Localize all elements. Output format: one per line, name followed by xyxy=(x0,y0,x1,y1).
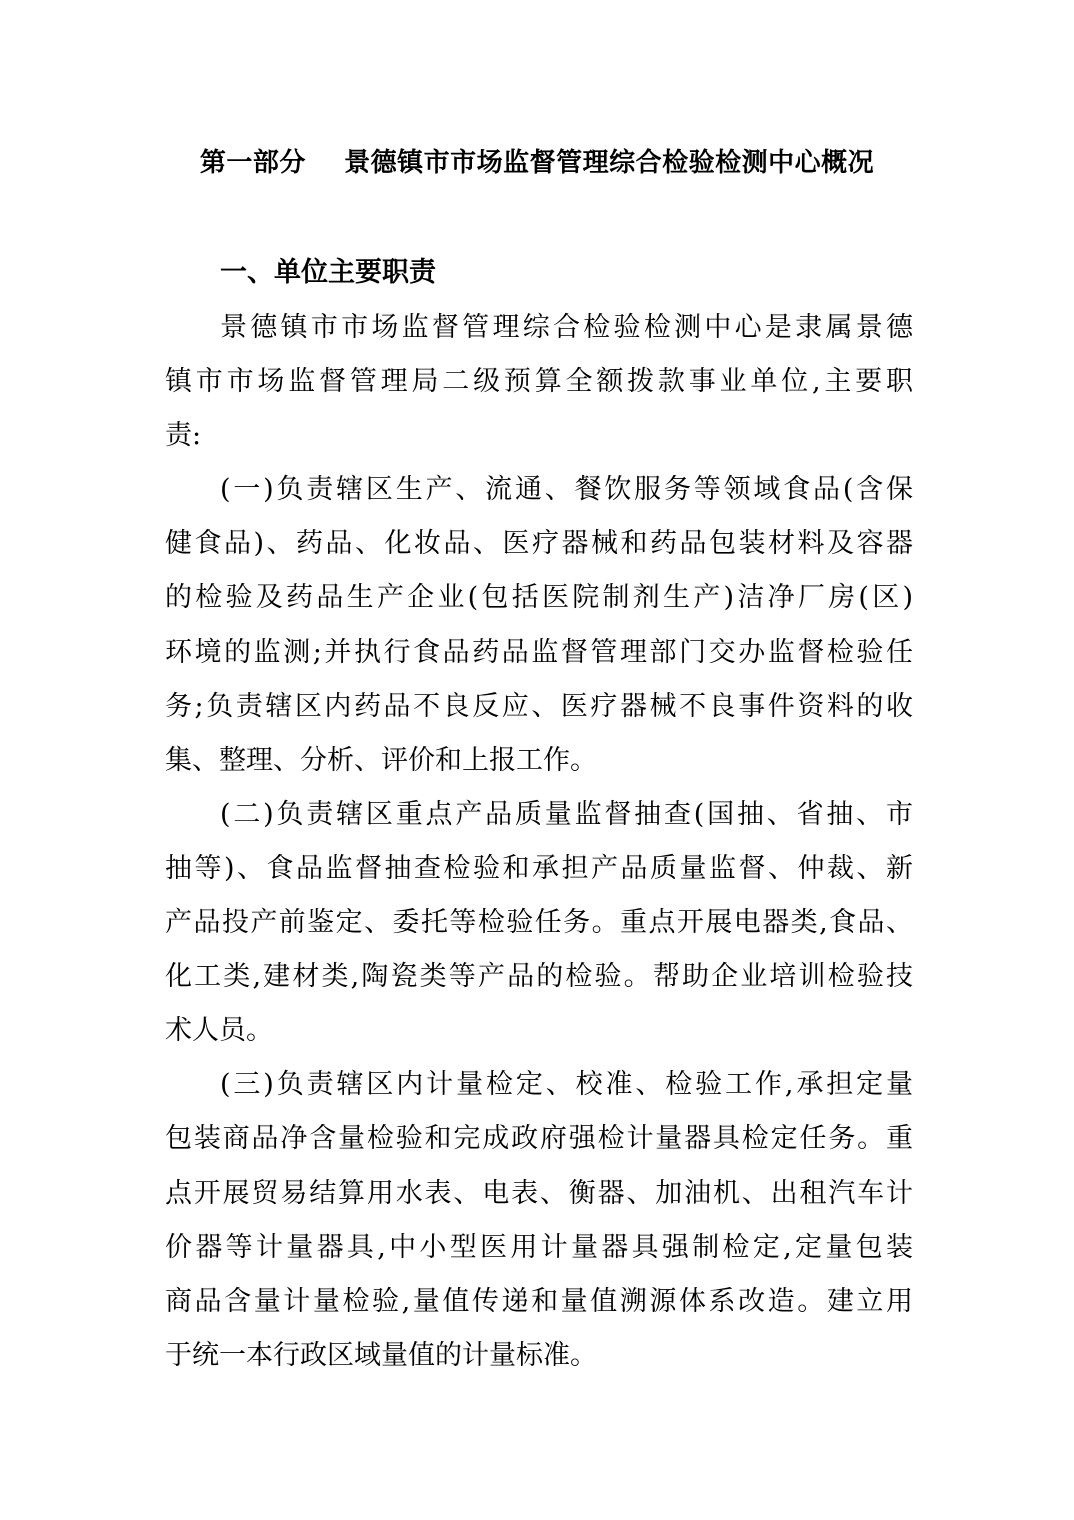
text-line: 健食品)、药品、化妆品、医疗器械和药品包装材料及容器 xyxy=(165,524,913,564)
text-line: 点开展贸易结算用水表、电表、衡器、加油机、出租汽车计 xyxy=(165,1174,913,1214)
text-line: (三)负责辖区内计量检定、校准、检验工作,承担定量 xyxy=(220,1065,913,1105)
document-title: 第一部分 景德镇市市场监督管理综合检验检测中心概况 xyxy=(0,143,1074,183)
text-line: 产品投产前鉴定、委托等检验任务。重点开展电器类,食品、 xyxy=(165,903,913,943)
text-line: 的检验及药品生产企业(包括医院制剂生产)洁净厂房(区) xyxy=(165,578,913,618)
text-line: 责: xyxy=(165,416,913,456)
text-line: 商品含量计量检验,量值传递和量值溯源体系改造。建立用 xyxy=(165,1282,913,1322)
text-line: 务;负责辖区内药品不良反应、医疗器械不良事件资料的收 xyxy=(165,687,913,727)
text-line: 景德镇市市场监督管理综合检验检测中心是隶属景德 xyxy=(220,308,913,348)
text-line: 价器等计量器具,中小型医用计量器具强制检定,定量包装 xyxy=(165,1228,913,1268)
text-line: 抽等)、食品监督抽查检验和承担产品质量监督、仲裁、新 xyxy=(165,849,913,889)
text-line: 环境的监测;并执行食品药品监督管理部门交办监督检验任 xyxy=(165,633,913,673)
document-page: 第一部分 景德镇市市场监督管理综合检验检测中心概况 一、单位主要职责 景德镇市市… xyxy=(0,0,1074,1520)
text-line: 术人员。 xyxy=(165,1011,913,1051)
text-line: 镇市市场监督管理局二级预算全额拨款事业单位,主要职 xyxy=(165,362,913,402)
text-line: (一)负责辖区生产、流通、餐饮服务等领域食品(含保 xyxy=(220,470,913,510)
section-heading: 一、单位主要职责 xyxy=(220,253,436,293)
text-line: 于统一本行政区域量值的计量标准。 xyxy=(165,1336,913,1376)
text-line: 包装商品净含量检验和完成政府强检计量器具检定任务。重 xyxy=(165,1119,913,1159)
text-line: 集、整理、分析、评价和上报工作。 xyxy=(165,741,913,781)
text-line: (二)负责辖区重点产品质量监督抽查(国抽、省抽、市 xyxy=(220,795,913,835)
text-line: 化工类,建材类,陶瓷类等产品的检验。帮助企业培训检验技 xyxy=(165,957,913,997)
